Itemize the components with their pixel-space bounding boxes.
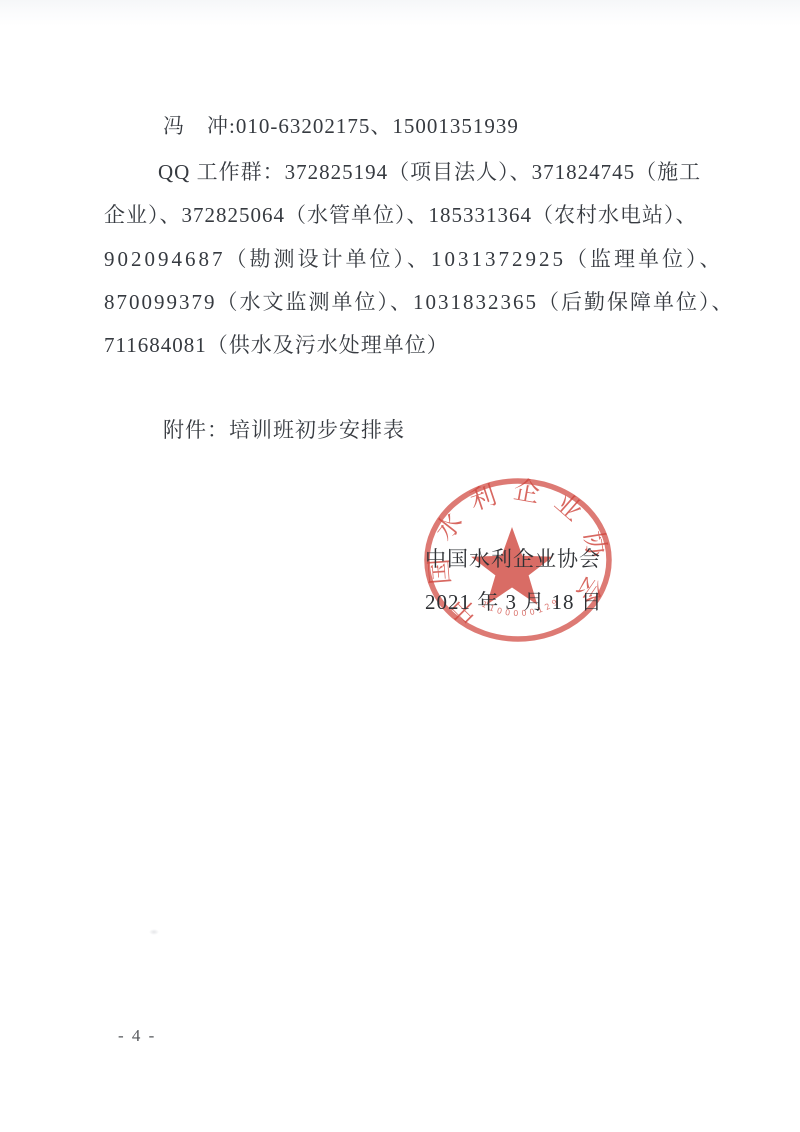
qq-paragraph-line: QQ 工作群：372825194（项目法人）、371824745（施工 — [158, 156, 701, 186]
qq-paragraph-line: 902094687（勘测设计单位）、1031372925（监理单位）、 — [104, 243, 724, 273]
qq-paragraph-line: 711684081（供水及污水处理单位） — [104, 329, 449, 359]
attachment-line: 附件：培训班初步安排表 — [163, 414, 405, 444]
page-number: - 4 - — [118, 1026, 156, 1046]
qq-paragraph-line: 870099379（水文监测单位）、1031832365（后勤保障单位）、 — [104, 286, 735, 316]
date-line: 2021 年 3 月 18 日 — [425, 586, 603, 616]
contact-line: 冯 冲:010-63202175、15001351939 — [163, 110, 519, 140]
org-name: 中国水利企业协会 — [425, 543, 601, 573]
scan-edge-shading — [0, 0, 800, 26]
scan-speck — [149, 929, 159, 935]
qq-paragraph-line: 企业）、372825064（水管单位）、185331364（农村水电站）、 — [104, 199, 698, 229]
